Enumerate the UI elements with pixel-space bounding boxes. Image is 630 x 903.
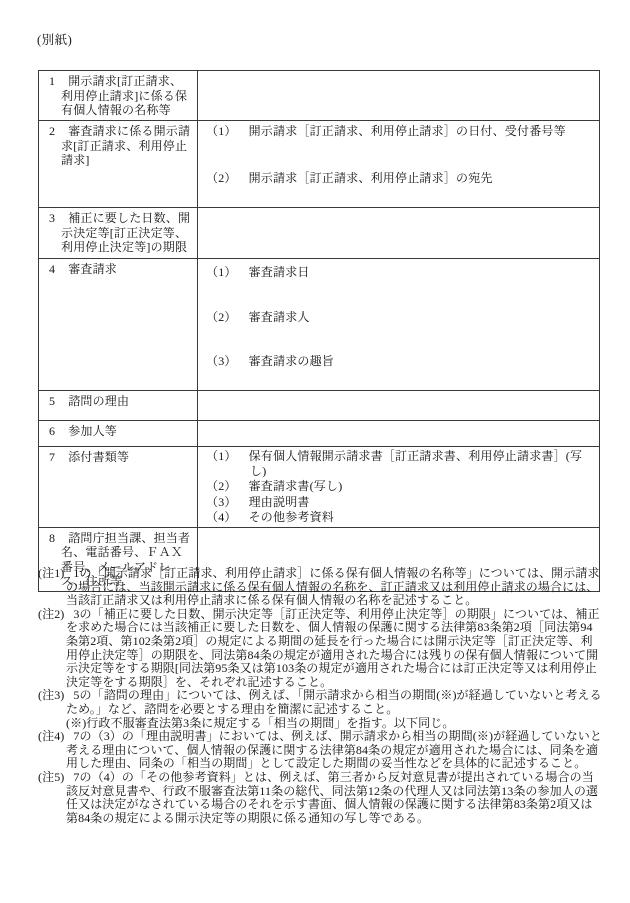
detail-items: （1）審査請求日 （2）審査請求人 （3）審査請求の趣旨 [206,261,596,369]
footnote: (注1)1の「開示請求［訂正請求、利用停止請求］に係る保有個人情報の名称等」につ… [38,567,604,608]
footnote: (注4)7の（3）の「理由説明書」においては、例えば、開示請求から相当の期間(※… [38,730,604,771]
row-heading: 3補正に要した日数、開示決定等[訂正決定等、利用停止決定等]の期限 [39,208,198,259]
item-number: （1） [206,265,237,279]
footnotes: (注1)1の「開示請求［訂正請求、利用停止請求］に係る保有個人情報の名称等」につ… [38,567,604,825]
footnote: (注5)7の（4）の「その他参考資料」とは、例えば、第三者から反対意見書が提出さ… [38,771,604,825]
item-number: （1） [206,124,237,138]
footnote-text: 7の（4）の「その他参考資料」とは、例えば、第三者から反対意見書が提出されている… [66,770,598,825]
item-text: 審査請求の趣旨 [249,354,334,368]
table-row: 1開示請求[訂正請求、利用停止請求]に係る保有個人情報の名称等 [39,71,600,121]
footnote: (注3)5の「諮問の理由」については、例えば、「開示請求から相当の期間(※)が経… [38,689,604,716]
detail-item: （1）保有個人情報開示請求書［訂正請求書、利用停止請求書］(写し) [206,449,596,478]
table-row: 2審査請求に係る開示請求[訂正請求、利用停止請求] （1）開示請求［訂正請求、利… [39,121,600,208]
document-page: (別紙) 1開示請求[訂正請求、利用停止請求]に係る保有個人情報の名称等 2審査… [0,0,630,903]
item-text: 審査請求書(写し) [249,479,343,493]
item-text: 開示請求［訂正請求、利用停止請求］の宛先 [249,171,493,185]
row-detail-cell [198,71,600,121]
row-number: 5 [49,394,55,408]
item-number: （2） [206,479,237,493]
row-heading: 4審査請求 [39,259,198,391]
row-detail-cell: （1）審査請求日 （2）審査請求人 （3）審査請求の趣旨 [198,259,600,391]
footnote-text: 3の「補正に要した日数、開示決定等［訂正決定等、利用停止決定等］の期限」について… [66,607,600,689]
item-text: 審査請求日 [249,265,310,279]
item-number: （2） [206,171,237,185]
row-number: 7 [49,450,55,464]
main-table: 1開示請求[訂正請求、利用停止請求]に係る保有個人情報の名称等 2審査請求に係る… [38,70,600,592]
item-number: （2） [206,310,237,324]
item-text: 開示請求［訂正請求、利用停止請求］の日付、受付番号等 [249,124,566,138]
table-row: 7添付書類等 （1）保有個人情報開示請求書［訂正請求書、利用停止請求書］(写し)… [39,447,600,528]
detail-items: （1）保有個人情報開示請求書［訂正請求書、利用停止請求書］(写し) （2）審査請… [206,449,596,525]
detail-items: （1）開示請求［訂正請求、利用停止請求］の日付、受付番号等 （2）開示請求［訂正… [206,123,596,185]
row-number: 8 [49,531,55,545]
item-text: その他参考資料 [249,510,334,524]
row-heading: 5諮問の理由 [39,391,198,421]
row-number: 4 [49,262,55,276]
item-number: （4） [206,510,237,524]
detail-item: （2）開示請求［訂正請求、利用停止請求］の宛先 [206,171,596,186]
detail-item: （4）その他参考資料 [206,510,596,525]
footnote-text: 1の「開示請求［訂正請求、利用停止請求］に係る保有個人情報の名称等」については、… [66,566,600,607]
detail-item: （3）審査請求の趣旨 [206,354,596,369]
detail-item: （2）審査請求書(写し) [206,479,596,494]
attachment-label: (別紙) [37,30,72,48]
row-heading-text: 審査請求 [68,262,117,276]
row-heading: 6参加人等 [39,421,198,447]
footnote-label: (注2) [38,607,64,621]
row-heading-text: 開示請求[訂正請求、利用停止請求]に係る保有個人情報の名称等 [61,74,187,117]
table-row: 3補正に要した日数、開示決定等[訂正決定等、利用停止決定等]の期限 [39,208,600,259]
item-number: （1） [206,449,237,463]
row-heading-text: 補正に要した日数、開示決定等[訂正決定等、利用停止決定等]の期限 [61,211,190,254]
item-number: （3） [206,354,237,368]
row-heading: 1開示請求[訂正請求、利用停止請求]に係る保有個人情報の名称等 [39,71,198,121]
row-detail-cell: （1）保有個人情報開示請求書［訂正請求書、利用停止請求書］(写し) （2）審査請… [198,447,600,528]
footnote-label: (注5) [38,770,64,784]
footnote-label: (注3) [38,688,64,702]
table-row: 6参加人等 [39,421,600,447]
table-row: 5諮問の理由 [39,391,600,421]
detail-item: （1）審査請求日 [206,265,596,280]
row-number: 1 [49,74,55,88]
footnote-text: 5の「諮問の理由」については、例えば、「開示請求から相当の期間(※)が経過してい… [66,688,602,716]
row-heading: 7添付書類等 [39,447,198,528]
item-number: （3） [206,495,237,509]
row-heading-text: 添付書類等 [68,450,129,464]
row-detail-cell [198,421,600,447]
footnote-label: (注4) [38,729,64,743]
table-row: 4審査請求 （1）審査請求日 （2）審査請求人 （3）審査請求の趣旨 [39,259,600,391]
row-detail-cell: （1）開示請求［訂正請求、利用停止請求］の日付、受付番号等 （2）開示請求［訂正… [198,121,600,208]
row-detail-cell [198,208,600,259]
detail-item: （2）審査請求人 [206,310,596,325]
footnote: (注2)3の「補正に要した日数、開示決定等［訂正決定等、利用停止決定等］の期限」… [38,608,604,690]
row-heading-text: 参加人等 [68,424,117,438]
row-number: 2 [49,124,55,138]
footnote-label: (注1) [38,566,64,580]
detail-item: （3）理由説明書 [206,495,596,510]
detail-item: （1）開示請求［訂正請求、利用停止請求］の日付、受付番号等 [206,124,596,139]
row-heading: 2審査請求に係る開示請求[訂正請求、利用停止請求] [39,121,198,208]
item-text: 保有個人情報開示請求書［訂正請求書、利用停止請求書］(写し) [249,449,583,478]
row-heading-text: 諮問の理由 [68,394,129,408]
item-text: 審査請求人 [249,310,310,324]
row-number: 3 [49,211,55,225]
item-text: 理由説明書 [249,495,310,509]
row-number: 6 [49,424,55,438]
footnote-text: 7の（3）の「理由説明書」においては、例えば、開示請求から相当の期間(※)が経過… [66,729,602,770]
row-detail-cell [198,391,600,421]
row-heading-text: 審査請求に係る開示請求[訂正請求、利用停止請求] [61,124,190,167]
